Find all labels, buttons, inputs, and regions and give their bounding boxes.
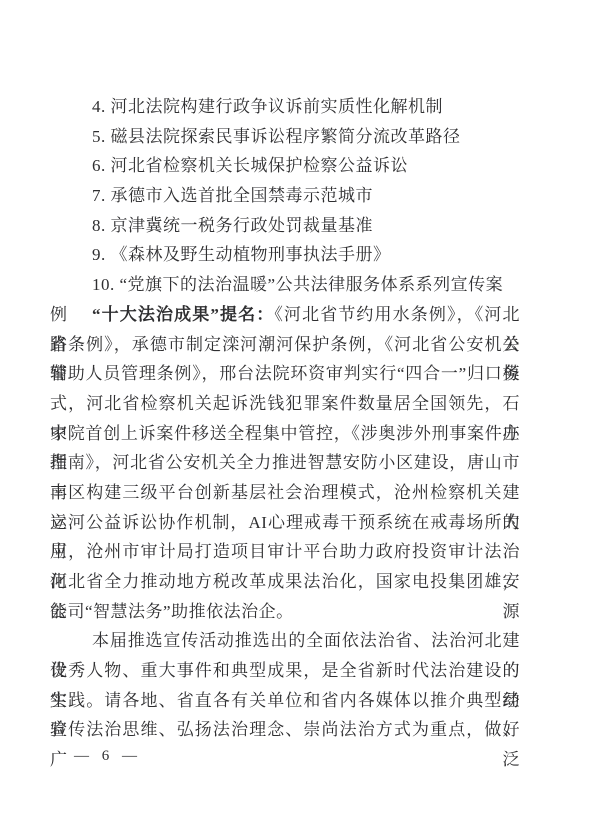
nominations-lead-bold: “十大法治成果”提名： <box>92 305 274 324</box>
list-item: 10. “党旗下的法治温暖”公共法律服务体系系列宣传案例 <box>50 270 520 300</box>
paragraph-line: 用，沧州市审计局打造项目审计平台助力政府投资审计法治化， <box>50 537 520 567</box>
paragraph-line: 式，河北省检察机关起诉洗钱犯罪案件数量居全国领先，石家庄 <box>50 389 520 419</box>
paragraph-line: 本届推选宣传活动推选出的全面依法治省、法治河北建设的 <box>50 626 520 656</box>
list-item: 4. 河北法院构建行政争议诉前实质性化解机制 <box>50 92 520 122</box>
paragraph-line: 中院首创上诉案件移送全程集中管控，《涉奥涉外刑事案件办理 <box>50 419 520 449</box>
footer-page-number: — 6 — <box>74 746 138 766</box>
paragraph-line: 南区构建三级平台创新基层社会治理模式，沧州检察机关建立大 <box>50 478 520 508</box>
paragraph-line: 路条例》，承德市制定滦河潮河保护条例，《河北省公安机关警务 <box>50 330 520 360</box>
document-body: 4. 河北法院构建行政争议诉前实质性化解机制 5. 磁县法院探索民事诉讼程序繁简… <box>50 92 520 745</box>
paragraph-line: 宣传法治思维、弘扬法治理念、崇尚法治方式为重点，做好广泛 <box>50 715 520 745</box>
list-item: 5. 磁县法院探索民事诉讼程序繁简分流改革路径 <box>50 122 520 152</box>
list-item: 8. 京津冀统一税务行政处罚裁量基准 <box>50 211 520 241</box>
list-item: 7. 承德市入选首批全国禁毒示范城市 <box>50 181 520 211</box>
paragraph-line: 辅助人员管理条例》，邢台法院环资审判实行“四合一”归口模 <box>50 359 520 389</box>
paragraph-nominations-first-line: “十大法治成果”提名：《河北省节约用水条例》，《河北省公 <box>50 300 520 330</box>
paragraph-line: 实践。请各地、省直各有关单位和省内各媒体以推介典型经验、 <box>50 686 520 716</box>
paragraph-line: 指南》，河北省公安机关全力推进智慧安防小区建设，唐山市丰 <box>50 448 520 478</box>
paragraph-line: 河北省全力推动地方税改革成果法治化，国家电投集团雄安能源 <box>50 567 520 597</box>
paragraph-line: 优秀人物、重大事件和典型成果，是全省新时代法治建设的生动 <box>50 656 520 686</box>
list-item: 6. 河北省检察机关长城保护检察公益诉讼 <box>50 151 520 181</box>
document-page: 4. 河北法院构建行政争议诉前实质性化解机制 5. 磁县法院探索民事诉讼程序繁简… <box>0 0 590 836</box>
paragraph-line: 运河公益诉讼协作机制，AI心理戒毒干预系统在戒毒场所的应 <box>50 508 520 538</box>
list-item: 9. 《森林及野生动植物刑事执法手册》 <box>50 240 520 270</box>
